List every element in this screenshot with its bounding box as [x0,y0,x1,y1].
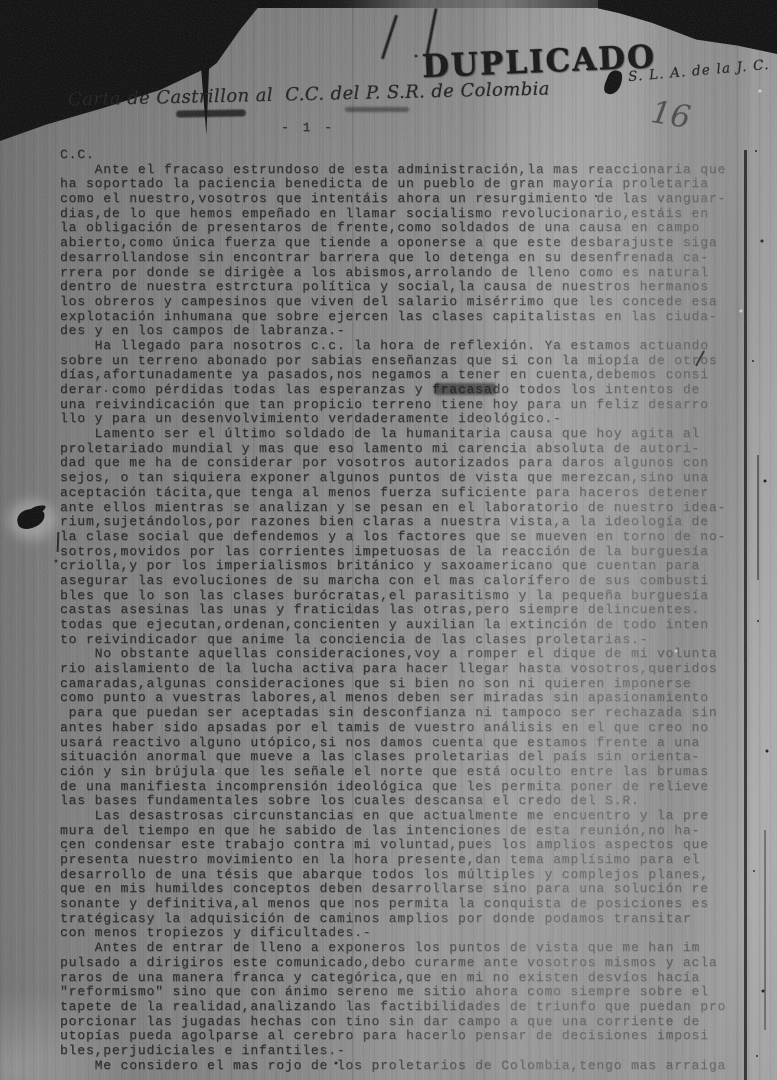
salutation: C.C. [60,148,766,163]
scan-edge-corner-left [0,0,258,150]
margin-tick-mark [57,532,60,552]
pen-stroke [381,15,398,60]
scanned-letter-page: DUPLICADO S. L. A. de la J. C. 16 Carta … [0,0,777,1080]
paragraph: Antes de entrar de lleno a exponeros los… [60,941,766,1059]
pencil-page-number: 16 [648,94,693,136]
ink-underline [345,107,409,112]
paragraph: Lamento ser el último soldado de la huma… [60,427,766,647]
paragraph: Me considero el mas rojo de los proletar… [60,1059,766,1074]
ink-underline [176,109,246,117]
paragraph: No obstante aquellas consideraciones,voy… [60,647,766,809]
paragraph: Las desastrosas circunstancias en que ac… [60,809,766,941]
overstrike-smudge [434,383,496,395]
paragraph: Ante el fracaso estrundoso de esta admin… [60,163,766,339]
letter-body: C.C. Ante el fracaso estrundoso de esta … [60,148,766,1073]
typed-page-number: - 1 - [281,120,335,135]
paragraph: Ha llegado para nosotros c.c. la hora de… [60,339,766,427]
